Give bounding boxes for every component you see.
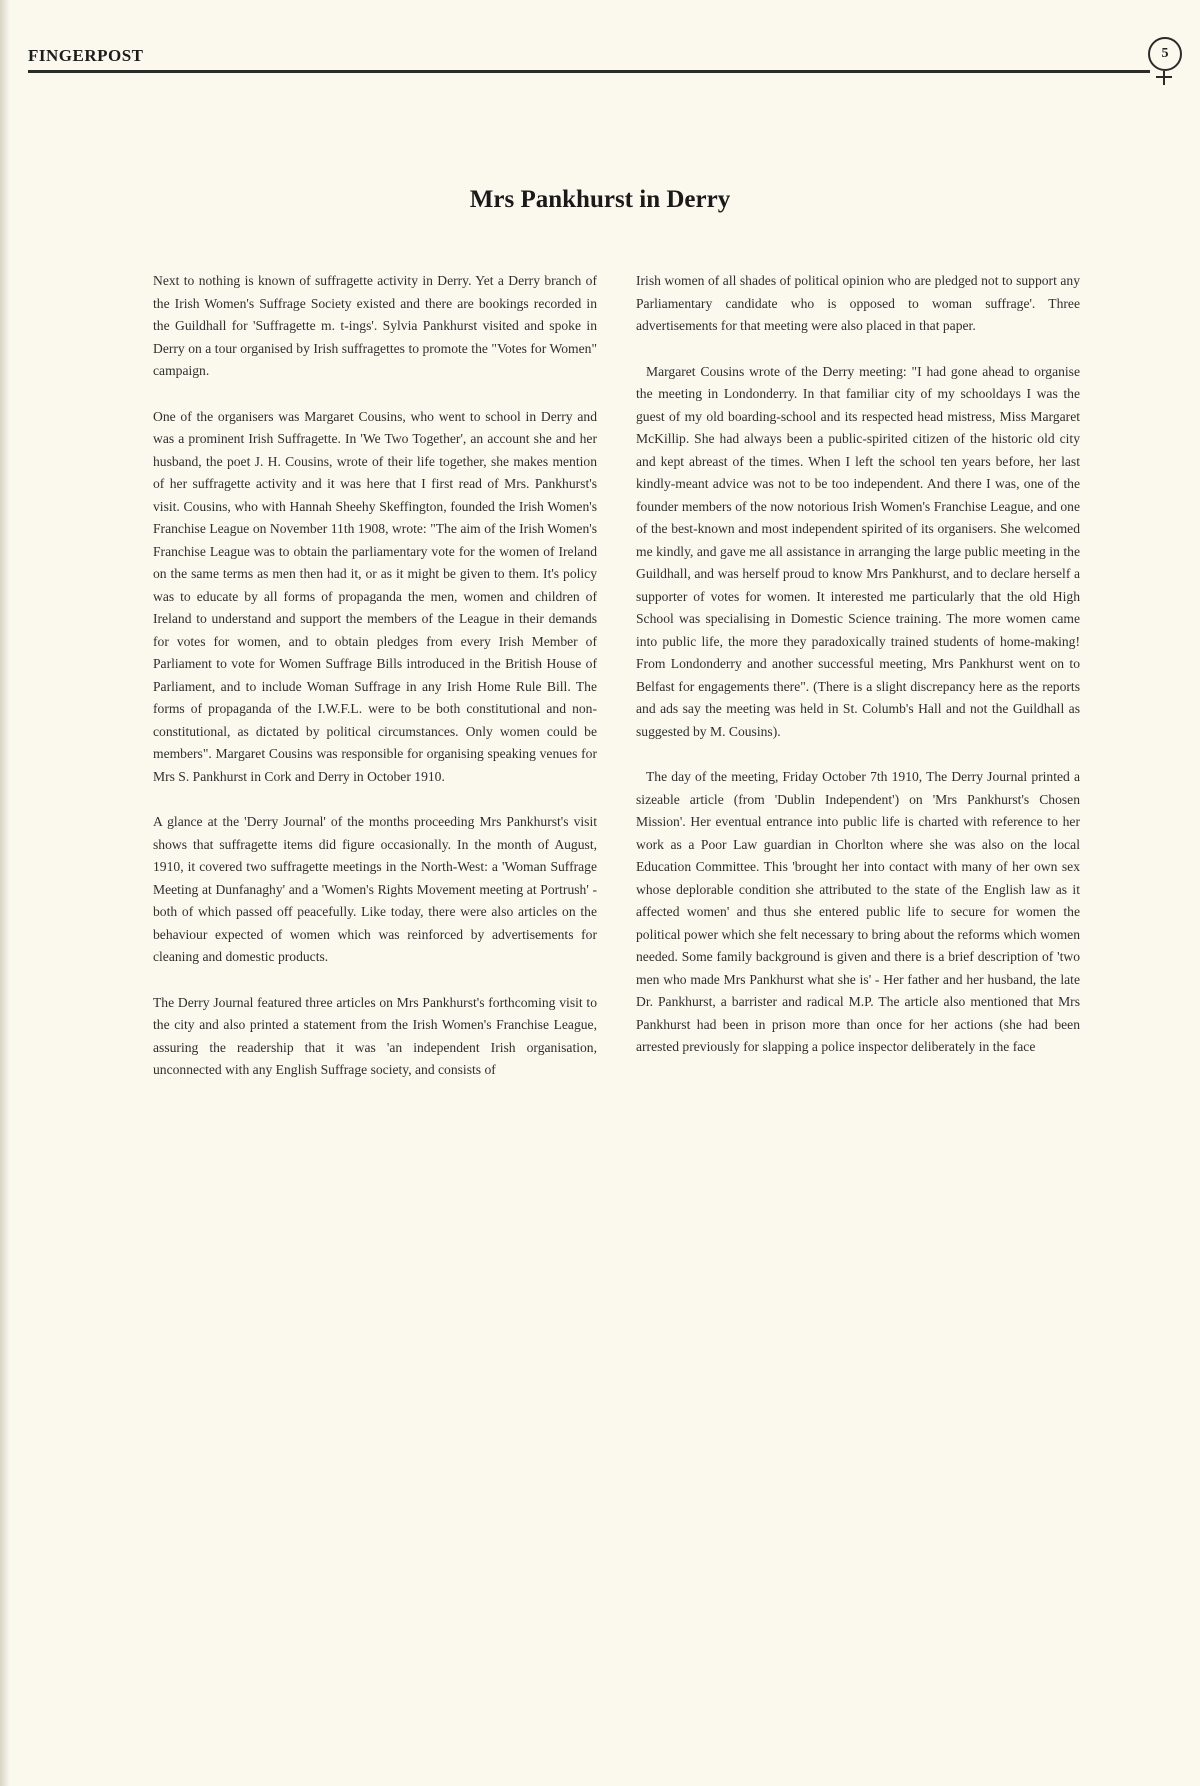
page-number: 5 (1162, 46, 1169, 62)
paragraph: Next to nothing is known of suffragette … (153, 270, 597, 383)
page-binding-shadow (0, 0, 10, 1786)
paragraph: A glance at the 'Derry Journal' of the m… (153, 811, 597, 969)
article-column-right: Irish women of all shades of political o… (636, 270, 1080, 1082)
paragraph: Margaret Cousins wrote of the Derry meet… (636, 361, 1080, 744)
article-column-left: Next to nothing is known of suffragette … (153, 270, 597, 1105)
running-head: FINGERPOST (28, 46, 144, 66)
female-symbol-crossbar (1156, 76, 1172, 78)
paragraph: One of the organisers was Margaret Cousi… (153, 406, 597, 789)
page-number-badge: 5 (1148, 37, 1182, 71)
paragraph: The Derry Journal featured three article… (153, 992, 597, 1082)
article-title: Mrs Pankhurst in Derry (0, 186, 1200, 214)
header-rule (28, 70, 1150, 73)
paragraph: Irish women of all shades of political o… (636, 270, 1080, 338)
paragraph: The day of the meeting, Friday October 7… (636, 766, 1080, 1059)
female-symbol-icon (1163, 71, 1165, 85)
